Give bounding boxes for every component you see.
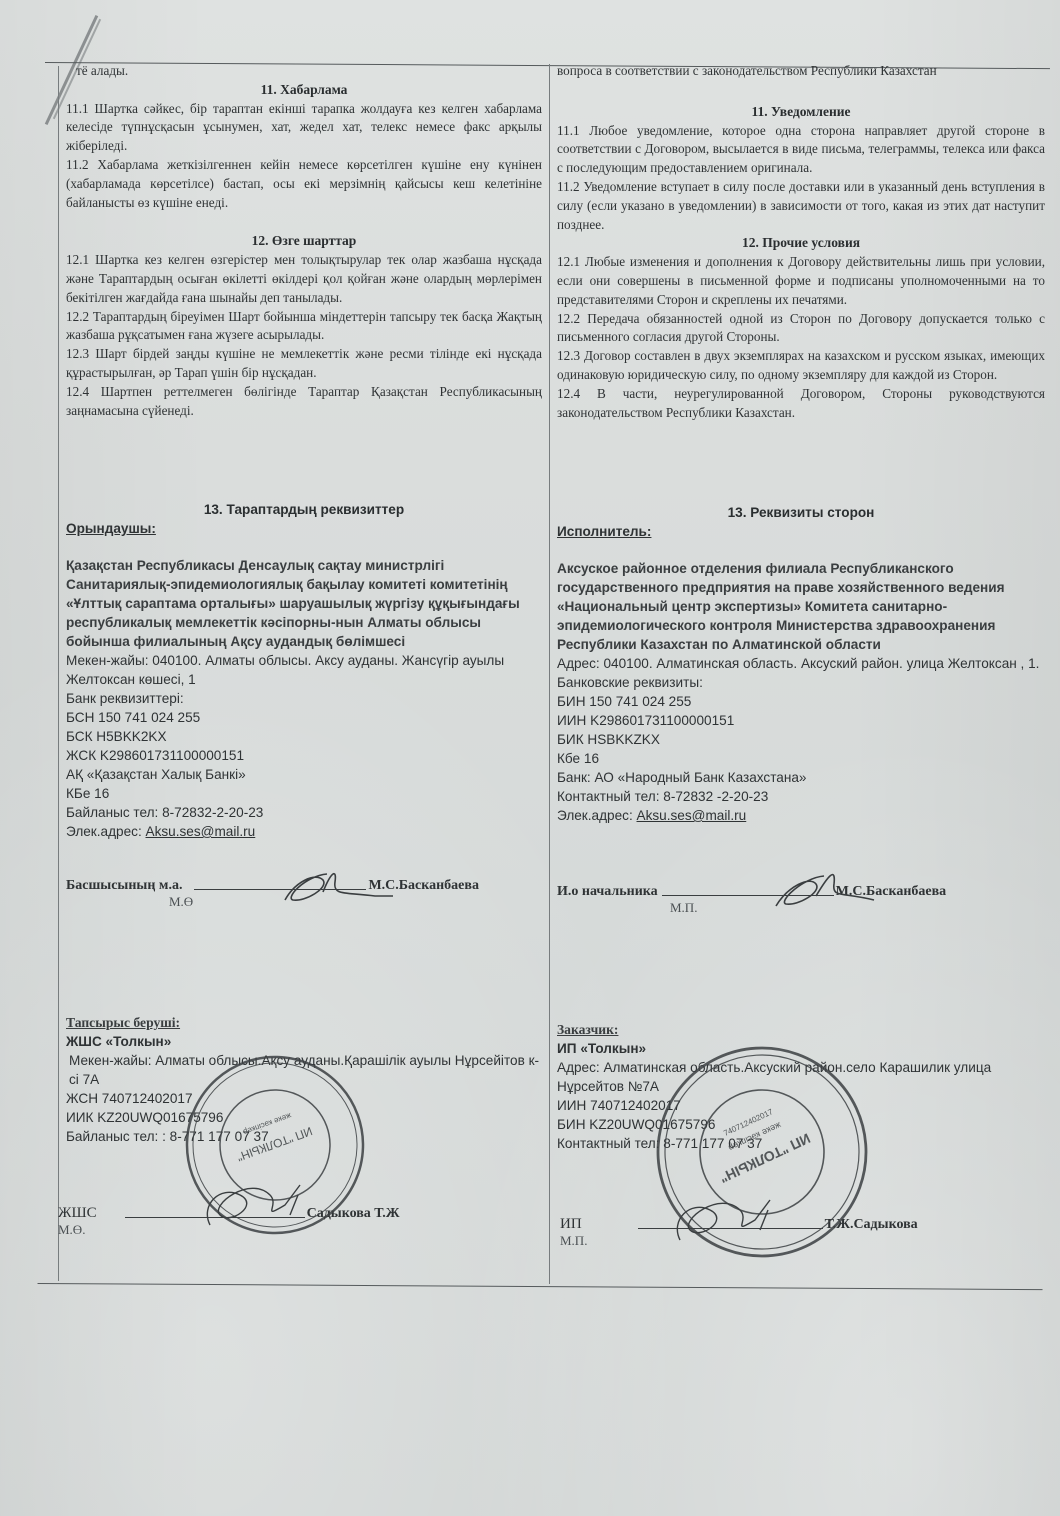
clause-12-2: 12.2 Тараптардың біреуімен Шарт бойынша … <box>66 308 542 346</box>
clause-11-2: 11.2 Уведомление вступает в силу после д… <box>557 178 1045 234</box>
executor-name: Қазақстан Республикасы Денсаулық сақтау … <box>66 556 542 651</box>
section-11-title: 11. Уведомление <box>557 103 1045 122</box>
section-12-title: 12. Өзге шарттар <box>66 232 542 251</box>
email-label: Элек.адрес: <box>66 824 146 839</box>
section-11-title: 11. Хабарлама <box>66 81 542 100</box>
section-13-title: 13. Реквизиты сторон <box>557 503 1045 522</box>
russian-requisites: 13. Реквизиты сторон Исполнитель: Аксуск… <box>557 503 1045 825</box>
email-row: Элек.адрес: Aksu.ses@mail.ru <box>557 806 1045 825</box>
clause-12-3: 12.3 Договор составлен в двух экземпляра… <box>557 347 1045 385</box>
signer-title: И.о начальника <box>557 884 658 900</box>
kbe-value: КБе 16 <box>66 784 542 803</box>
email-row: Элек.адрес: Aksu.ses@mail.ru <box>66 822 542 841</box>
clause-12-3: 12.3 Шарт бірдей заңды күшіне не мемлеке… <box>66 345 542 383</box>
clause-11-1: 11.1 Любое уведомление, которое одна сто… <box>557 122 1045 178</box>
email-label: Элек.адрес: <box>557 808 637 823</box>
executor-label: Орындаушы: <box>66 519 542 538</box>
bsk-value: БСК H5BKK2KX <box>66 727 542 746</box>
phone-value: Байланыс тел: 8-72832-2-20-23 <box>66 803 542 822</box>
customer-signer-title: ЖШС <box>58 1205 97 1222</box>
kazakh-column: тё алады. 11. Хабарлама 11.1 Шартка сәйк… <box>66 62 542 420</box>
clause-11-1: 11.1 Шартка сәйкес, бір тараптан екінші … <box>66 100 542 156</box>
email-link[interactable]: Aksu.ses@mail.ru <box>637 808 747 823</box>
email-link[interactable]: Aksu.ses@mail.ru <box>146 824 256 839</box>
kazakh-requisites: 13. Тараптардың реквизиттер Орындаушы: Қ… <box>66 500 542 841</box>
signature-icon <box>770 862 880 912</box>
executor-name: Аксуское районное отделения филиала Респ… <box>557 559 1045 654</box>
bank-name: АҚ «Қазақстан Халық Банкі» <box>66 765 542 784</box>
signer-title: Басшысының м.а. <box>66 878 182 894</box>
column-divider <box>549 64 550 1284</box>
section-13-title: 13. Тараптардың реквизиттер <box>66 500 542 519</box>
section-12-title: 12. Прочие условия <box>557 234 1045 253</box>
table-left-border <box>58 66 59 1281</box>
zhsk-value: ЖСК K298601731100000151 <box>66 746 542 765</box>
signature-icon <box>275 862 395 907</box>
clause-12-1: 12.1 Любые изменения и дополнения к Дого… <box>557 253 1045 309</box>
bik-value: БИК HSBKKZKX <box>557 730 1045 749</box>
customer-signer-title: ИП <box>560 1216 582 1233</box>
phone-value: Контактный тел: 8-72832 -2-20-23 <box>557 787 1045 806</box>
iin-value: ИИН K298601731100000151 <box>557 711 1045 730</box>
bsn-value: БСН 150 741 024 255 <box>66 708 542 727</box>
customer-label: Заказчик: <box>557 1020 1045 1039</box>
executor-label: Исполнитель: <box>557 522 1045 541</box>
signature-icon <box>190 1165 330 1235</box>
executor-address: Мекен-жайы: 040100. Алматы облысы. Аксу … <box>66 651 542 689</box>
clause-12-4: 12.4 Шартпен реттелмеген бөлігінде Тарап… <box>66 383 542 421</box>
customer-label: Тапсырыс беруші: <box>66 1013 542 1032</box>
bank-details-title: Банковские реквизиты: <box>557 673 1045 692</box>
kbe-value: Кбе 16 <box>557 749 1045 768</box>
bank-details-title: Банк реквизиттері: <box>66 689 542 708</box>
bank-name: Банк: АО «Народный Банк Казахстана» <box>557 768 1045 787</box>
russian-column: вопроса в соответствии с законодательств… <box>557 62 1045 422</box>
carryover-text: вопроса в соответствии с законодательств… <box>557 62 1045 81</box>
bin-value: БИН 150 741 024 255 <box>557 692 1045 711</box>
executor-address: Адрес: 040100. Алматинская область. Аксу… <box>557 654 1045 673</box>
clause-12-1: 12.1 Шартка кез келген өзгерістер мен то… <box>66 251 542 307</box>
clause-12-2: 12.2 Передача обязанностей одной из Стор… <box>557 310 1045 348</box>
svg-text:ИП "ТОЛКЫН": ИП "ТОЛКЫН" <box>717 1130 813 1186</box>
clause-12-4: 12.4 В части, неурегулированной Договоро… <box>557 385 1045 423</box>
carryover-text: тё алады. <box>76 62 542 81</box>
signature-icon <box>660 1180 800 1250</box>
clause-11-2: 11.2 Хабарлама жеткізілгеннен кейін неме… <box>66 156 542 212</box>
